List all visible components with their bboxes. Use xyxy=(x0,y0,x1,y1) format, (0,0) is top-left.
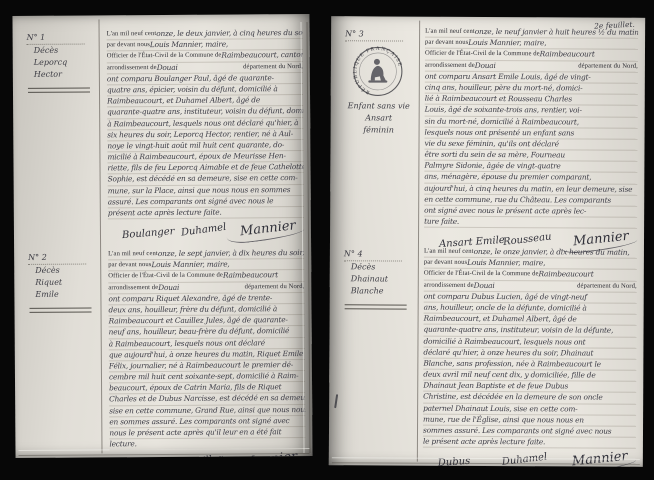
printed-text: L'an mil neuf cent xyxy=(424,247,474,257)
printed-text: par devant nous xyxy=(424,258,467,268)
republique-francaise-seal-icon: RÉPUBLIQUE FRANÇAISE xyxy=(353,46,403,96)
fill-rule xyxy=(495,281,578,292)
fill-rule xyxy=(496,61,579,72)
handwritten-text: onze, le onze janvier, à dix heures du m… xyxy=(474,247,630,258)
handwritten-text: Raimbeaucourt et Cauillez Jules, âgé de … xyxy=(109,315,288,326)
handwritten-text: deux avril mil neuf cent dix, y domicili… xyxy=(423,370,595,381)
margin-divider-line xyxy=(417,21,420,462)
handwritten-text: assuré. Les comparants ont signé avec no… xyxy=(108,196,274,207)
handwritten-text: nous le présent acte après qu'il leur en… xyxy=(109,427,281,438)
printed-text: arrondissement de xyxy=(424,280,474,290)
margin-note-line: Décès xyxy=(28,264,98,276)
act-block: L'an mil neuf cent onze, le neuf janvier… xyxy=(424,27,638,260)
act-number: N° 1 xyxy=(27,32,85,45)
handwritten-text: que aujourd'hui, à onze heures du matin,… xyxy=(109,349,303,361)
margin-rule xyxy=(28,88,90,93)
handwritten-text: en cette commune, rue du Château. Les co… xyxy=(424,194,611,205)
signature: Mannier xyxy=(240,218,297,239)
act-block: L'an mil neuf cent onze, le sept janvier… xyxy=(108,248,306,458)
act-text-line: présent acte après lecture faite. xyxy=(108,207,304,220)
handwritten-text: Louis Mannier, maire, xyxy=(468,38,546,49)
register-scan: N° 1DécèsLeporcqHector L'an mil neuf cen… xyxy=(0,0,654,480)
act-text-line: ture faite. xyxy=(424,217,637,229)
handwritten-text: noye le vingt-huit août mil huit cent qu… xyxy=(107,140,284,151)
printed-text: Officier de l'État-Civil de la Commune d… xyxy=(108,271,223,282)
printed-text: arrondissement de xyxy=(108,283,158,294)
signature: Duhamel xyxy=(180,222,227,239)
printed-text: département du Nord, xyxy=(577,281,637,291)
handwritten-text: lecture. xyxy=(109,439,136,449)
margin-note-line: Leporcq xyxy=(27,56,97,68)
handwritten-text: micilié à Raimbeaucourt, époux de Meuris… xyxy=(107,151,285,162)
handwritten-text: Douai xyxy=(474,280,495,290)
handwritten-text: Raimbeaucourt, canton de Douai Ouest xyxy=(221,50,302,61)
handwritten-text: Douai xyxy=(475,60,496,70)
handwritten-text: vie du sexe féminin, qu'ils ont déclaré xyxy=(424,139,558,150)
handwritten-text: Louis Mannier, maire, xyxy=(151,260,229,271)
margin-note-line: Dhainaut xyxy=(344,273,414,285)
handwritten-text: Douai xyxy=(158,282,179,292)
handwritten-text: être sorti du sein de sa mère, Fourneau xyxy=(424,150,565,161)
handwritten-text: paternel Dhainaut Louis, sise en cette c… xyxy=(423,403,577,414)
handwritten-text: Dhainaut Jean Baptiste et de feue Dubus xyxy=(423,381,568,392)
handwritten-text: mune, rue de l'Église, ainsi que nous no… xyxy=(423,414,584,425)
margin-rule xyxy=(29,307,91,312)
handwritten-text: riette, fils de feu Leporcq Aimable et d… xyxy=(107,162,303,174)
handwritten-text: Raimbeaucourt, et Duhamel Albert, âgé de xyxy=(107,95,260,106)
fill-rule xyxy=(179,282,245,293)
margin-note-line: Ansart xyxy=(341,112,417,124)
margin-note-line: Décès xyxy=(344,261,414,273)
handwritten-text: en sommes assuré. Les comparants ont sig… xyxy=(109,416,289,427)
signature: Boulanger xyxy=(121,226,174,241)
handwritten-text: Palmyre Sidonie, âgée de vingt-quatre xyxy=(424,161,560,172)
printed-text: département du Nord, xyxy=(243,62,303,73)
handwritten-text: Raimbeaucourt, et Duhamel Albert, âgé de xyxy=(424,314,577,325)
handwritten-text: Raimbeaucourt xyxy=(223,271,278,282)
handwritten-text: mune, sur la Place, ainsi que nous nous … xyxy=(108,185,291,196)
handwritten-text: cembre mil huit cent soixante-sept, domi… xyxy=(109,371,298,383)
handwritten-text: cinq ans, houilleur, père du mort-né, do… xyxy=(425,83,583,94)
printed-text: arrondissement de xyxy=(107,63,157,74)
handwritten-text: déclaré qu'hier, à onze heures du soir, … xyxy=(423,347,593,358)
printed-text: arrondissement de xyxy=(425,60,475,70)
handwritten-text: lesquels nous ont présenté un enfant san… xyxy=(425,127,575,138)
handwritten-text: Raimbeaucourt xyxy=(538,270,593,280)
handwritten-text: sise en cette commune, Grand Rue, ainsi … xyxy=(109,405,305,417)
handwritten-text: sin du mort-né, domicilié à Raimbeaucour… xyxy=(425,116,579,127)
printed-text: département du Nord, xyxy=(245,282,305,293)
handwritten-text: sommes assuré. Les comparants ont signé … xyxy=(423,426,611,437)
handwritten-text: quarante-quatre ans, instituteur, voisin… xyxy=(424,325,614,336)
handwritten-text: onze, le deux janvier, à cinq heures du … xyxy=(156,28,302,39)
act-text-line: le présent acte après lecture faite. xyxy=(423,437,636,449)
margin-note-line: féminin xyxy=(341,124,417,136)
handwritten-text: ans, houilleur, oncle de la défunte, dom… xyxy=(424,303,587,314)
handwritten-text: Charles et de Dubus Narcisse, est décédé… xyxy=(109,393,305,405)
handwritten-text: ans, ménagère, épouse du premier compara… xyxy=(424,172,591,183)
handwritten-text: à Raimbeaucourt, lesquels nous ont décla… xyxy=(107,118,298,130)
margin-divider-line xyxy=(98,19,102,453)
act-number: N° 2 xyxy=(28,252,86,265)
handwritten-text: à Raimbeaucourt, lesquels nous ont décla… xyxy=(109,338,265,349)
page-edge xyxy=(332,457,640,465)
ink-mark xyxy=(334,394,338,408)
printed-text: Officier de l'État-Civil de la Commune d… xyxy=(425,49,540,60)
handwritten-text: Félix, journalier, né à Raimbeaucourt le… xyxy=(109,360,293,371)
handwritten-text: neuf ans, houilleur, beau-frère du défun… xyxy=(109,326,290,337)
margin-note-line: Hector xyxy=(27,68,97,80)
handwritten-text: lié à Raimbeaucourt et Rousseau Charles xyxy=(425,94,572,105)
margin-note-line: Riquet xyxy=(28,276,98,288)
handwritten-text: ont comparu Ansart Emile Louis, âgé de v… xyxy=(425,71,591,82)
fill-rule xyxy=(178,62,244,73)
handwritten-text: ont comparu Riquet Alexandre, âgé de tre… xyxy=(108,293,272,304)
margin-note-line: Enfant sans vie xyxy=(341,100,417,112)
margin-note-line: Décès xyxy=(27,44,97,56)
handwritten-text: ont comparu Dubus Lucien, âgé de vingt-n… xyxy=(424,291,587,302)
printed-text: L'an mil neuf cent xyxy=(425,27,475,37)
handwritten-text: Christine, est décédée en la demeure de … xyxy=(423,392,602,403)
act-number: N° 3 xyxy=(345,28,403,41)
margin-block: N° 1DécèsLeporcqHector xyxy=(27,31,97,92)
printed-text: par devant nous xyxy=(108,260,151,270)
handwritten-text: Louis Mannier, maire, xyxy=(150,40,228,51)
handwritten-text: présent acte après lecture faite. xyxy=(108,208,222,219)
printed-text: L'an mil neuf cent xyxy=(107,29,157,40)
printed-text: par devant nous xyxy=(425,38,468,48)
handwritten-text: ture faite. xyxy=(424,217,459,227)
printed-text: département du Nord, xyxy=(578,61,638,71)
handwritten-text: ont signé avec nous le présent acte aprè… xyxy=(424,206,586,217)
death-act-2: N° 2DécèsRiquetEmile L'an mil neuf cent … xyxy=(14,248,311,250)
stillborn-margin-note: Enfant sans vie Ansart féminin xyxy=(341,100,417,136)
signature: Rousseau xyxy=(502,232,552,249)
printed-text: Officier de l'État-Civil de la Commune d… xyxy=(424,269,539,280)
handwritten-text: Douai xyxy=(157,62,178,72)
handwritten-text: quatre ans, épicier, voisin du défunt, d… xyxy=(107,84,278,95)
margin-block: N° 2DécèsRiquetEmile xyxy=(28,251,98,312)
handwritten-text: Louis, âgé de soixante-trois ans, rentie… xyxy=(425,105,582,116)
act-number: N° 4 xyxy=(344,248,402,261)
margin-note-line: Emile xyxy=(28,288,98,300)
act-block: L'an mil neuf cent onze, le onze janvier… xyxy=(423,247,637,467)
printed-text: par devant nous xyxy=(107,40,150,50)
handwritten-text: six heures du soir, Leporcq Hector, rent… xyxy=(107,129,293,140)
handwritten-text: Raimbeaucourt xyxy=(540,50,595,60)
margin-block: N° 3 xyxy=(345,28,415,41)
handwritten-text: domicilié à Raimbeaucourt, lesquels nous… xyxy=(423,336,585,347)
signatures-row: BoulangerDuhamelMannier xyxy=(108,221,304,250)
handwritten-text: onze, le neuf janvier à huit heures ½ du… xyxy=(475,27,638,38)
handwritten-text: aujourd'hui, à cinq heures du matin, en … xyxy=(424,183,632,194)
right-page: 2e feuillet. RÉPUBLIQUE FRANÇAISE Enfant… xyxy=(329,16,645,467)
margin-block: N° 4DécèsDhainautBlanche xyxy=(344,248,414,309)
death-act-1: N° 1DécèsLeporcqHector L'an mil neuf cen… xyxy=(13,28,310,30)
printed-text: Officier de l'État-Civil de la Commune d… xyxy=(107,51,222,62)
left-page: N° 1DécèsLeporcqHector L'an mil neuf cen… xyxy=(12,14,312,458)
act-block: L'an mil neuf cent onze, le deux janvier… xyxy=(107,28,305,251)
handwritten-text: Louis Mannier, maire, xyxy=(467,258,545,269)
handwritten-text: le présent acte après lecture faite. xyxy=(423,437,545,448)
handwritten-text: onze, le sept janvier, à dix heures du s… xyxy=(158,248,304,259)
printed-text: L'an mil neuf cent xyxy=(108,249,158,260)
handwritten-text: quarante-quatre ans, instituteur, voisin… xyxy=(107,106,303,118)
handwritten-text: beaucourt, époux de Catrin Maria, fils d… xyxy=(109,382,281,393)
handwritten-text: deux ans, houilleur, frère du défunt, do… xyxy=(108,304,277,315)
margin-rule xyxy=(345,304,407,309)
handwritten-text: Blanche, sans profession, née à Raimbeau… xyxy=(423,359,601,370)
handwritten-text: Sophie, est décédé en sa demeure, sise e… xyxy=(108,173,298,185)
margin-note-line: Blanche xyxy=(344,285,414,297)
handwritten-text: ont comparu Boulanger Paul, âgé de quara… xyxy=(107,73,274,84)
